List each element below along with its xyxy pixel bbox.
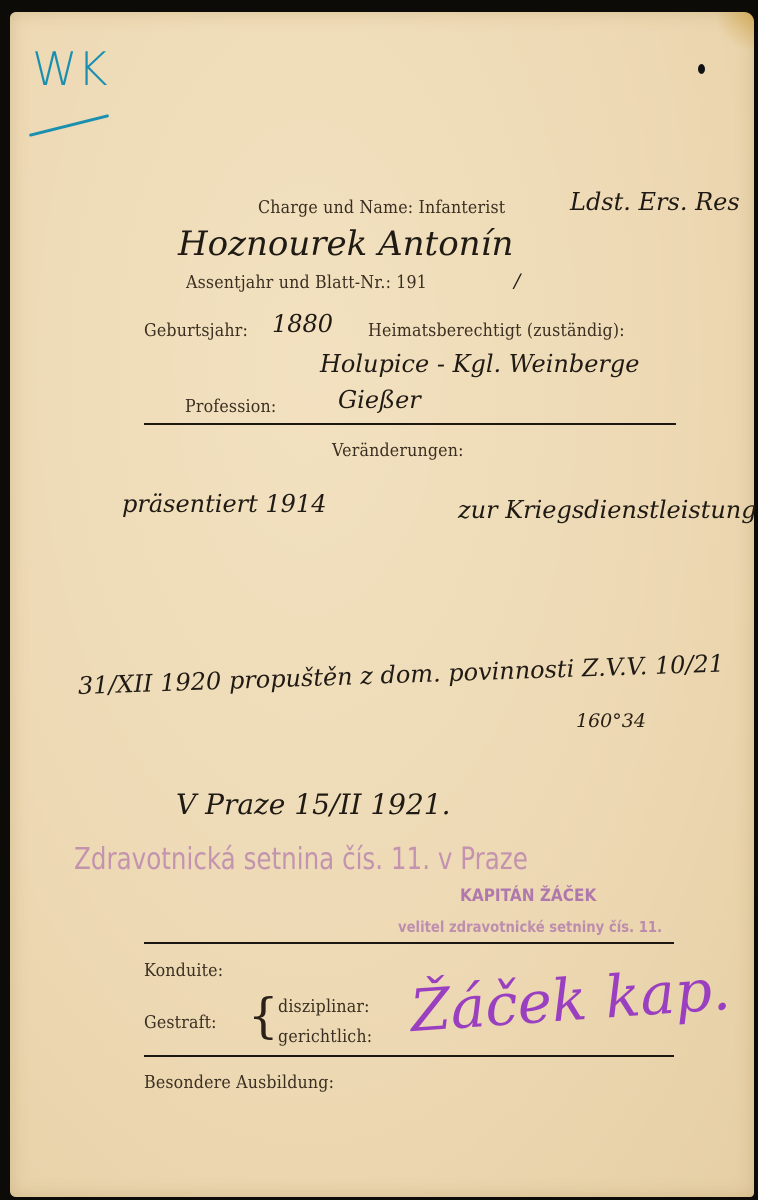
entry-presented: präsentiert 1914 <box>122 490 326 518</box>
divider-top <box>144 423 676 425</box>
assent-label: Assentjahr und Blatt-Nr.: 191 <box>186 272 427 293</box>
divider-bottom <box>144 1055 674 1057</box>
charge-value: Ldst. Ers. Res <box>570 188 740 216</box>
entry-war-service: zur Kriegsdienstleistung <box>458 496 757 524</box>
entry-release-ref: 160°34 <box>576 710 646 732</box>
birth-label: Geburtsjahr: <box>144 320 248 341</box>
entry-release: 31/XII 1920 propuštěn z dom. povinnosti … <box>78 649 725 700</box>
charge-label: Charge und Name: Infanterist <box>258 197 505 218</box>
name-value: Hoznourek Antonín <box>178 224 513 264</box>
conduct-label: Konduite: <box>144 960 223 981</box>
assent-value: / <box>514 270 520 292</box>
brace: { <box>248 992 279 1040</box>
stamp-officer: KAPITÁN ŽÁČEK <box>460 886 596 906</box>
punished-disciplinary: disziplinar: <box>278 996 370 1017</box>
annotation-underline <box>29 114 109 137</box>
punished-label: Gestraft: <box>144 1012 217 1033</box>
stamp-role: velitel zdravotnické setniny čís. 11. <box>398 918 662 936</box>
birth-value: 1880 <box>272 310 333 338</box>
registry-card: WK Charge und Name: Infanterist Ldst. Er… <box>10 12 754 1197</box>
wk-annotation: WK <box>32 42 108 96</box>
home-value: Holupice - Kgl. Weinberge <box>320 350 639 378</box>
profession-value: Gießer <box>338 386 421 414</box>
ink-dot <box>698 64 705 74</box>
stamp-unit: Zdravotnická setnina čís. 11. v Praze <box>74 842 528 877</box>
home-label: Heimatsberechtigt (zuständig): <box>368 320 625 341</box>
officer-signature: Žáček kap. <box>408 955 733 1045</box>
training-label: Besondere Ausbildung: <box>144 1072 334 1093</box>
changes-label: Veränderungen: <box>332 440 464 461</box>
divider-mid <box>144 942 674 944</box>
profession-label: Profession: <box>185 396 276 417</box>
entry-place-date: V Praze 15/II 1921. <box>176 788 451 821</box>
punished-court: gerichtlich: <box>278 1026 372 1047</box>
